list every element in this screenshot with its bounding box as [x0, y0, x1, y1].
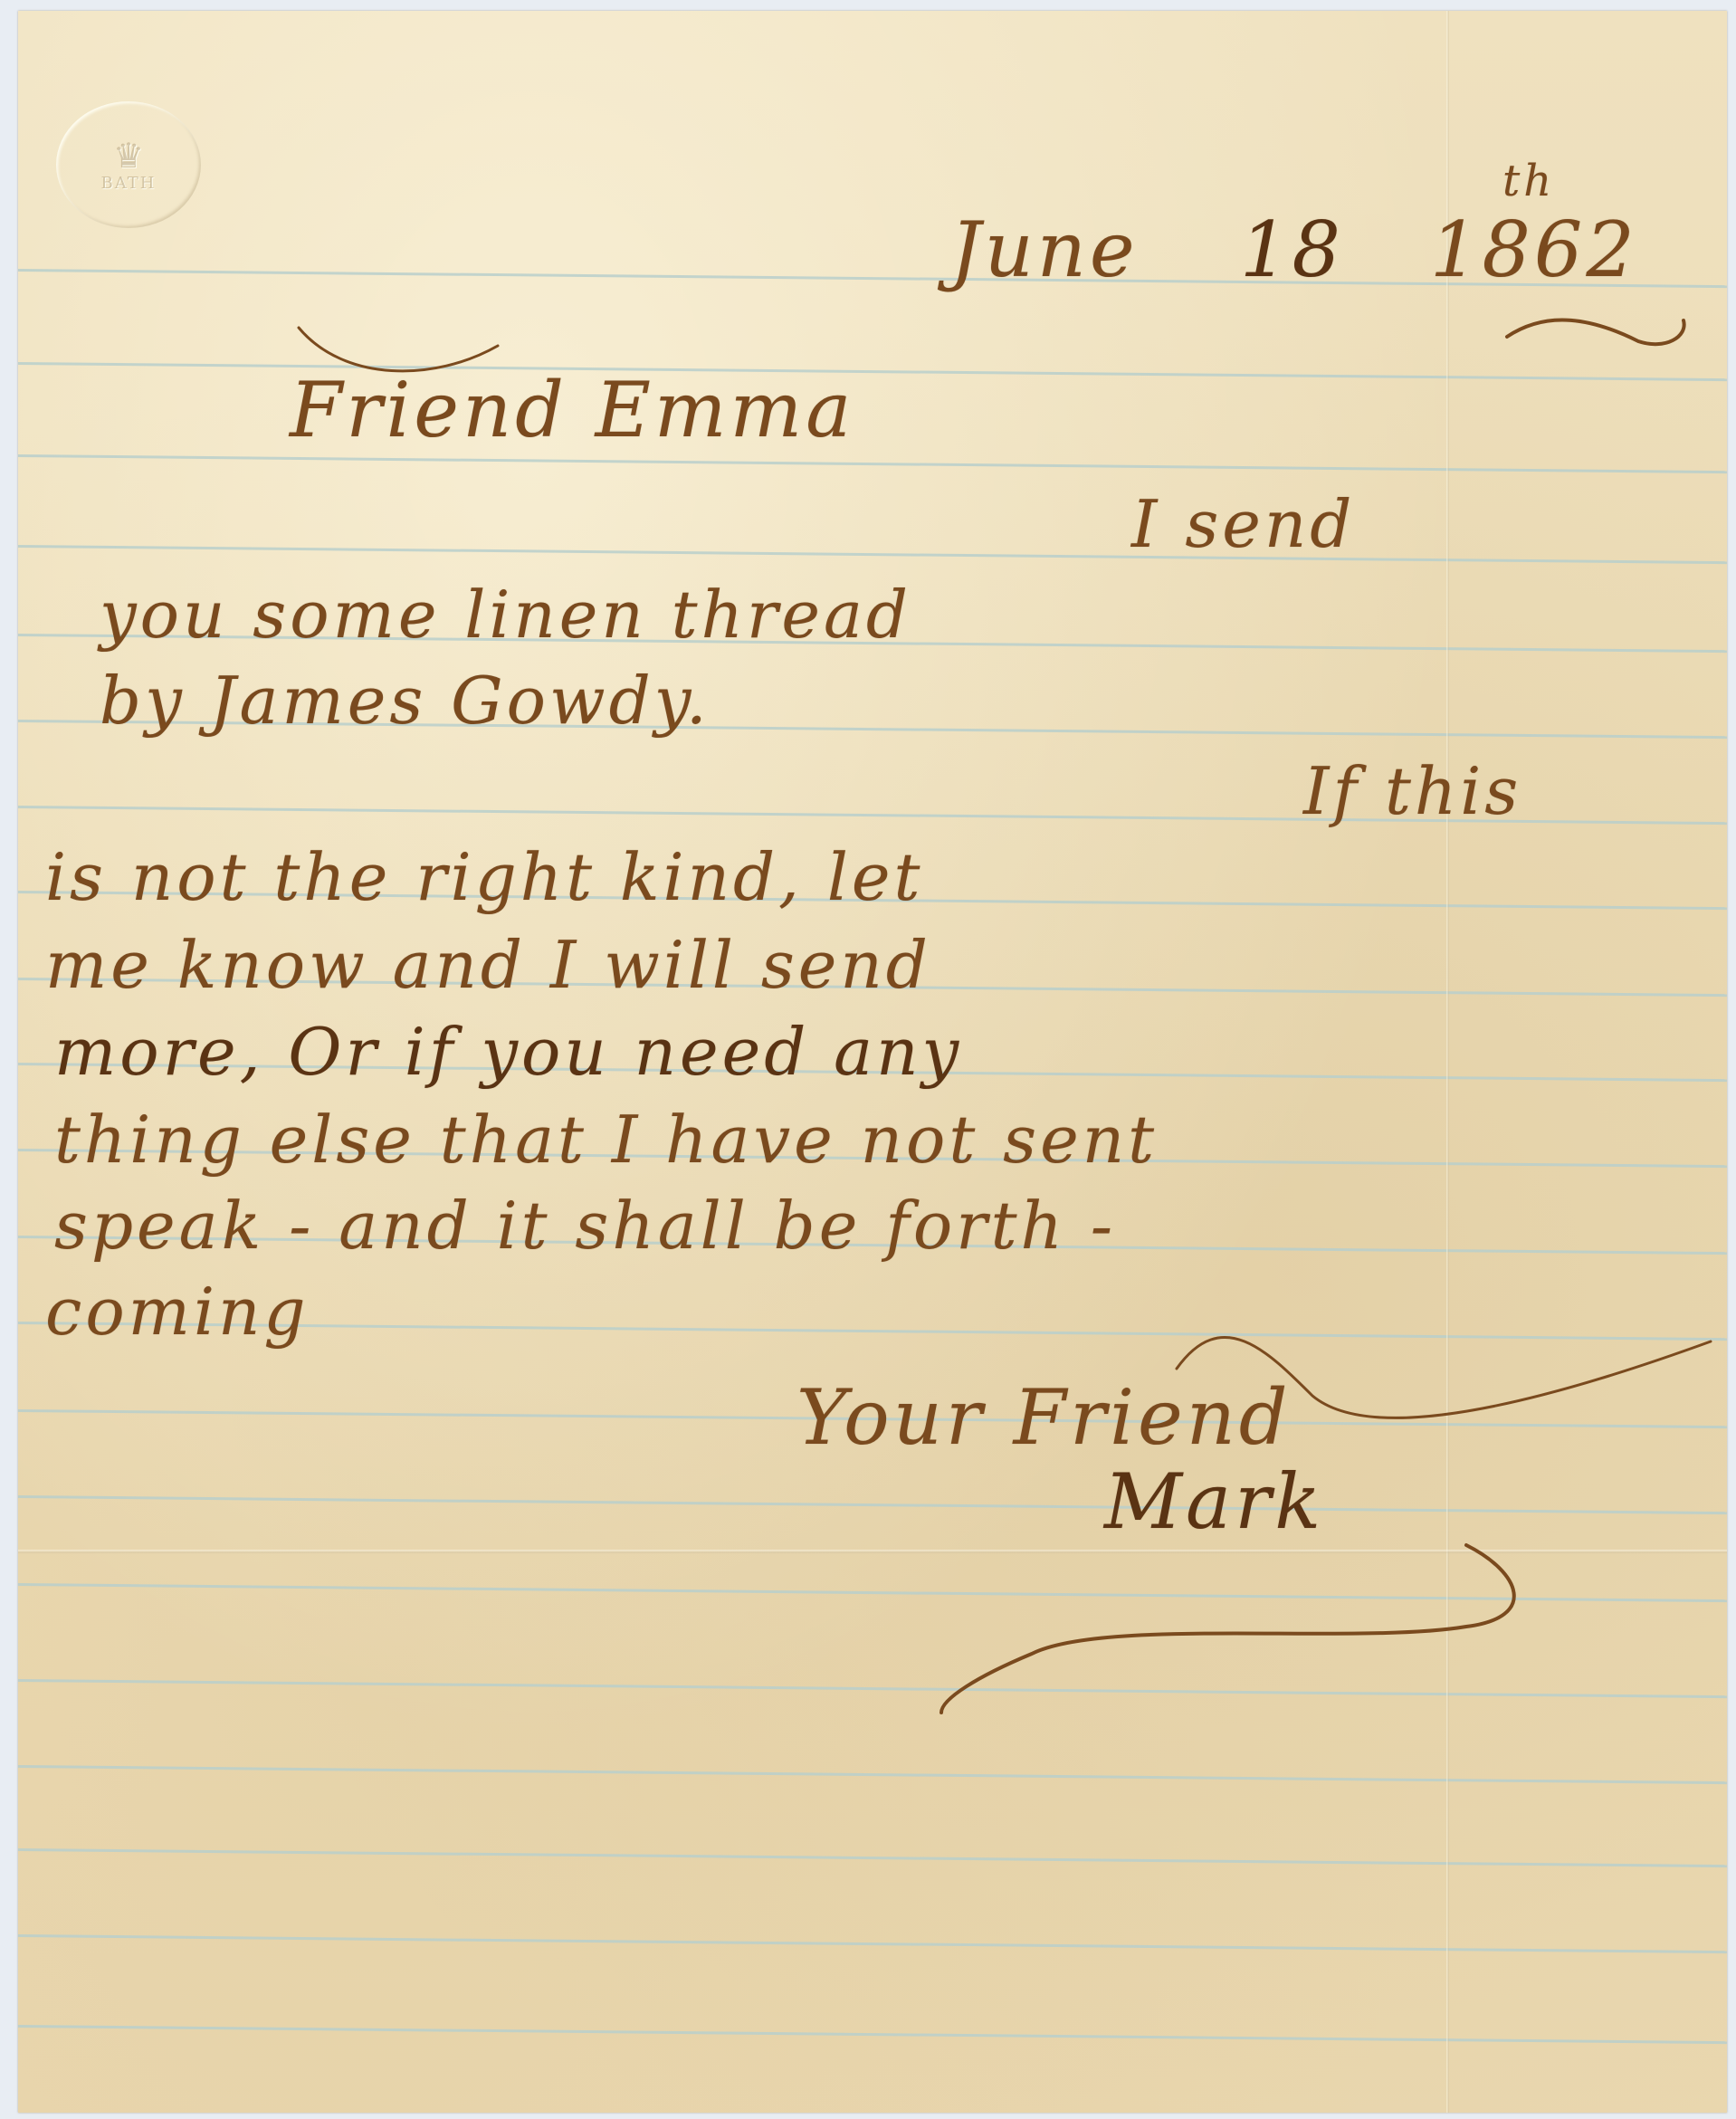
body-line-7: more, Or if you need any: [54, 1014, 962, 1090]
date-month: June: [950, 205, 1139, 294]
body-line-10: coming: [45, 1274, 309, 1350]
body-line-5: is not the right kind, let: [45, 839, 923, 915]
ruled-line: [18, 2025, 1727, 2044]
date-suffix: th: [1502, 156, 1555, 206]
body-line-1: I send: [1131, 486, 1355, 562]
ruled-line: [18, 1934, 1727, 1953]
date-underline-flourish: [1502, 301, 1711, 355]
body-line-3: by James Gowdy.: [100, 663, 711, 739]
salutation: Friend Emma: [290, 366, 854, 454]
ruled-line: [18, 545, 1727, 564]
letter-paper: ♛ BATH June 18 th 1862 Friend Emma I sen…: [18, 11, 1727, 2113]
emboss-text: BATH: [101, 174, 157, 193]
embossed-crest: ♛ BATH: [56, 101, 201, 228]
body-line-2: you some linen thread: [100, 577, 911, 653]
ruled-line: [18, 1848, 1727, 1867]
closing-flourish: [1168, 1314, 1727, 1477]
body-line-9: speak - and it shall be forth -: [54, 1188, 1116, 1264]
body-line-4: If this: [1303, 753, 1521, 829]
body-line-6: me know and I will send: [45, 927, 931, 1003]
date-day: 18: [1240, 205, 1344, 294]
ruled-line: [18, 1495, 1727, 1514]
body-line-8: thing else that I have not sent: [54, 1102, 1158, 1178]
ruled-line: [18, 362, 1727, 381]
ruled-line: [18, 454, 1727, 473]
ruled-line: [18, 1765, 1727, 1784]
crown-crest-icon: ♛: [113, 138, 144, 174]
date-year: 1862: [1430, 205, 1638, 294]
paper-fold-vertical: [1446, 11, 1449, 2113]
signature-flourish: [923, 1518, 1575, 1717]
